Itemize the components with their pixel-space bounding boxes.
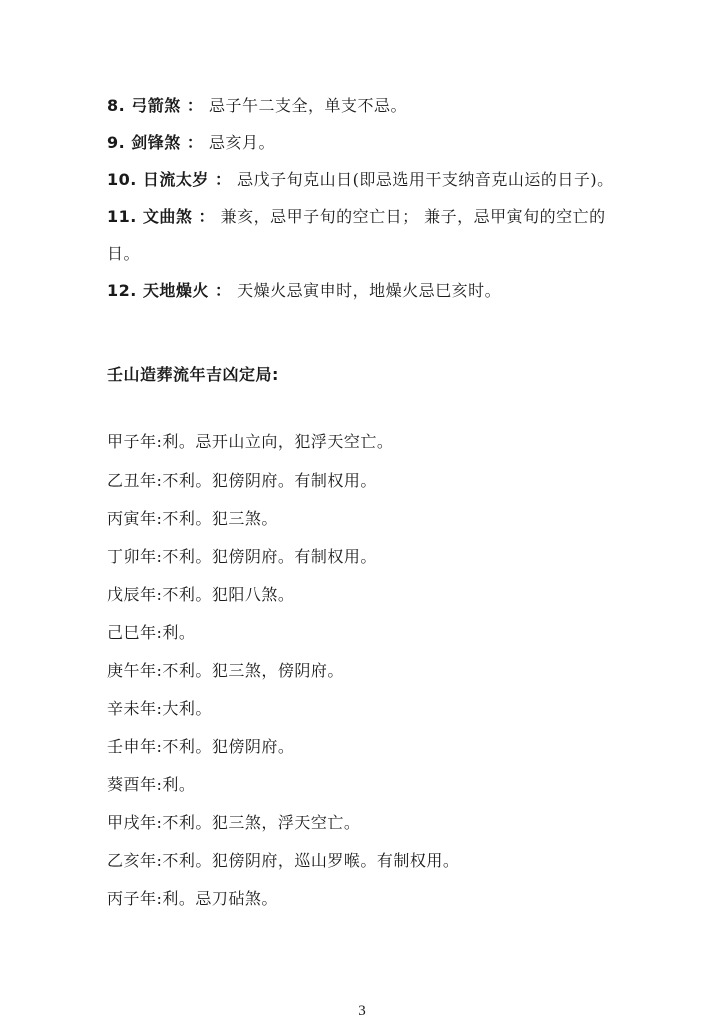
rule-9: 9. 剑锋煞 ： 忌亥月。 xyxy=(107,133,275,153)
rule-label: 11. 文曲煞 xyxy=(107,207,192,226)
rule-label: 12. 天地燥火 xyxy=(107,281,209,300)
rule-11-continuation: 日。 xyxy=(107,244,140,264)
year-item: 丙寅年:不利。犯三煞。 xyxy=(107,509,278,529)
rule-8: 8. 弓箭煞 ： 忌子午二支全，单支不忌。 xyxy=(107,96,407,116)
section-heading: 壬山造葬流年吉凶定局: xyxy=(107,365,279,385)
rule-10: 10. 日流太岁 ： 忌戊子旬克山日(即忌选用干支纳音克山运的日子)。 xyxy=(107,170,614,190)
rule-label: 10. 日流太岁 xyxy=(107,170,209,189)
rule-text: 天燥火忌寅申时，地燥火忌巳亥时。 xyxy=(232,281,502,300)
rule-separator: ： xyxy=(209,170,232,189)
document-page: 8. 弓箭煞 ： 忌子午二支全，单支不忌。 9. 剑锋煞 ： 忌亥月。 10. … xyxy=(0,0,724,1024)
rule-text: 忌戊子旬克山日(即忌选用干支纳音克山运的日子)。 xyxy=(232,170,614,189)
year-item: 乙丑年:不利。犯傍阴府。有制权用。 xyxy=(107,471,377,491)
rule-12: 12. 天地燥火 ： 天燥火忌寅申时，地燥火忌巳亥时。 xyxy=(107,281,501,301)
rule-separator: ： xyxy=(192,207,215,226)
year-item: 己巳年:利。 xyxy=(107,623,195,643)
year-item: 甲子年:利。忌开山立向，犯浮天空亡。 xyxy=(107,432,393,452)
year-item: 庚午年:不利。犯三煞，傍阴府。 xyxy=(107,661,344,681)
rule-label: 9. 剑锋煞 xyxy=(107,133,181,152)
year-item: 葵酉年:利。 xyxy=(107,775,195,795)
rule-separator: ： xyxy=(209,281,232,300)
rule-separator: ： xyxy=(181,96,204,115)
year-item: 乙亥年:不利。犯傍阴府，巡山罗喉。有制权用。 xyxy=(107,851,459,871)
rule-text: 兼亥，忌甲子旬的空亡日； 兼子，忌甲寅旬的空亡的 xyxy=(215,207,606,226)
rule-11: 11. 文曲煞 ： 兼亥，忌甲子旬的空亡日； 兼子，忌甲寅旬的空亡的 xyxy=(107,207,606,227)
page-number: 3 xyxy=(0,1003,724,1020)
rule-label: 8. 弓箭煞 xyxy=(107,96,181,115)
year-item: 戊辰年:不利。犯阳八煞。 xyxy=(107,585,294,605)
year-item: 丙子年:利。忌刀砧煞。 xyxy=(107,889,278,909)
year-item: 丁卯年:不利。犯傍阴府。有制权用。 xyxy=(107,547,377,567)
rule-separator: ： xyxy=(181,133,204,152)
year-item: 辛未年:大利。 xyxy=(107,699,212,719)
rule-text-continuation: 日。 xyxy=(107,244,140,263)
rule-text: 忌子午二支全，单支不忌。 xyxy=(203,96,407,115)
year-item: 甲戌年:不利。犯三煞，浮天空亡。 xyxy=(107,813,360,833)
rule-text: 忌亥月。 xyxy=(203,133,275,152)
year-item: 壬申年:不利。犯傍阴府。 xyxy=(107,737,294,757)
